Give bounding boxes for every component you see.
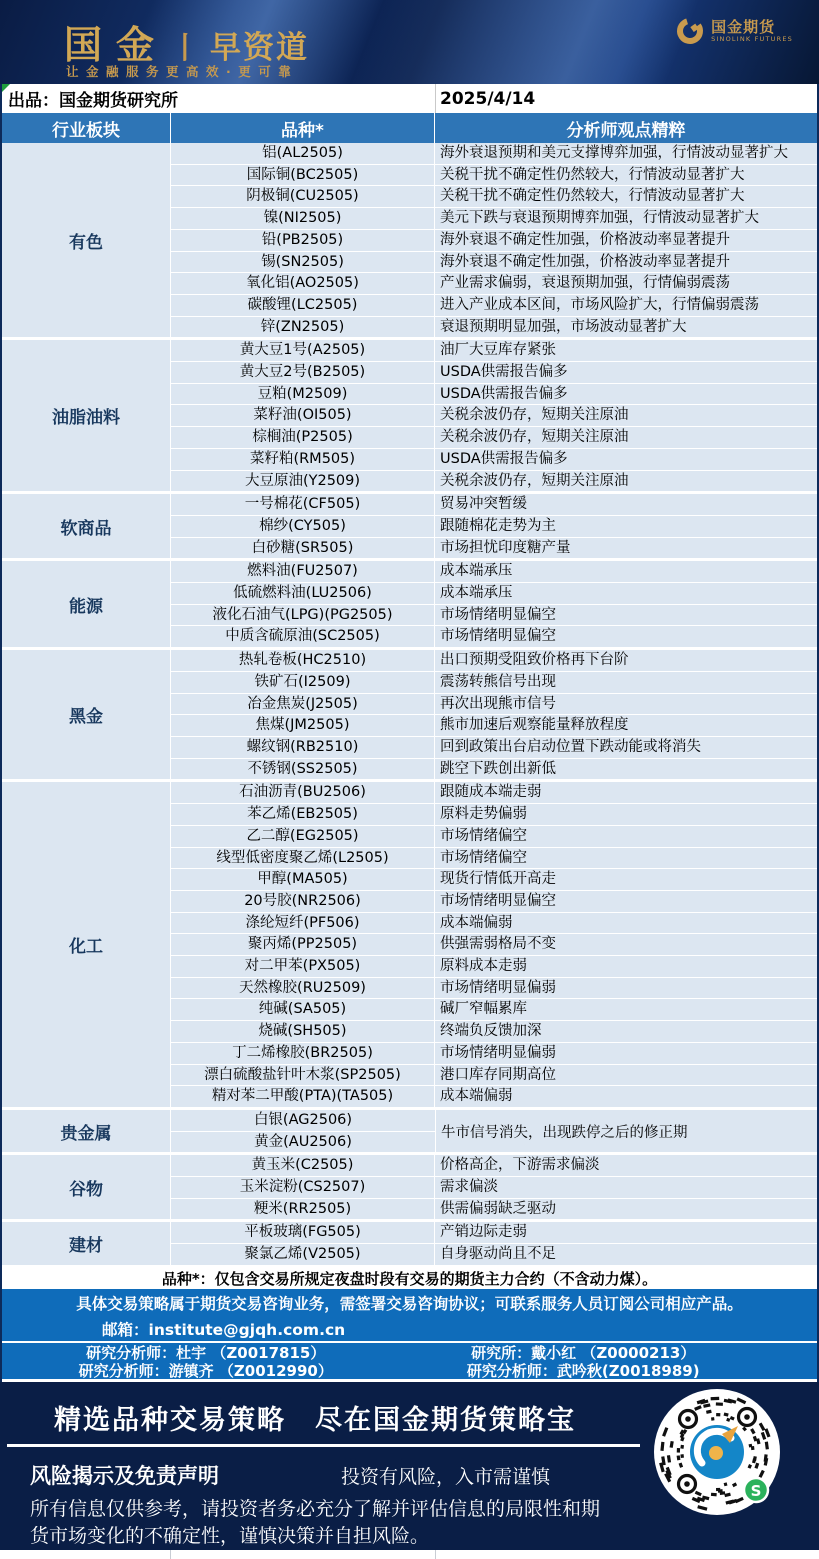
variety-cell: 低硫燃料油(LU2506)	[171, 583, 435, 604]
variety-cell: 聚氯乙烯(V2505)	[171, 1244, 435, 1265]
opinion-cell: 再次出现熊市信号	[435, 694, 817, 715]
table-row: 线型低密度聚乙烯(L2505)市场情绪偏空	[171, 847, 817, 869]
table-row: 粳米(RR2505)供需偏弱缺乏驱动	[171, 1198, 817, 1220]
opinion-cell: 自身驱动尚且不足	[435, 1244, 817, 1265]
opinion-cell: 衰退预期明显加强，市场波动显著扩大	[435, 317, 817, 338]
variety-cell: 锌(ZN2505)	[171, 317, 435, 338]
table-row: 涤纶短纤(PF506)成本端偏弱	[171, 912, 817, 934]
variety-cell: 豆粕(M2509)	[171, 384, 435, 405]
section-label: 油脂油料	[2, 340, 171, 491]
opinion-cell: USDA供需报告偏多	[435, 384, 817, 405]
table-row: 锌(ZN2505)衰退预期明显加强，市场波动显著扩大	[171, 316, 817, 338]
company-name: 国金期货	[711, 19, 793, 36]
opinion-cell: 跟随棉花走势为主	[435, 516, 817, 537]
variety-cell: 纯碱(SA505)	[171, 999, 435, 1020]
opinion-cell: 跟随成本端走弱	[435, 782, 817, 803]
table-row: 低硫燃料油(LU2506)成本端承压	[171, 582, 817, 604]
variety-cell: 20号胶(NR2506)	[171, 891, 435, 912]
table-row: 白银(AG2506)	[171, 1110, 435, 1131]
table-row: 聚丙烯(PP2505)供强需弱格局不变	[171, 933, 817, 955]
opinion-cell: 海外衰退不确定性加强，价格波动率显著提升	[435, 230, 817, 251]
section-化工: 化工石油沥青(BU2506)跟随成本端走弱苯乙烯(EB2505)原料走势偏弱乙二…	[2, 779, 817, 1107]
brand-name: 国金	[64, 14, 168, 69]
variety-cell: 石油沥青(BU2506)	[171, 782, 435, 803]
section-label: 黑金	[2, 650, 171, 779]
section-label: 软商品	[2, 494, 171, 558]
opinion-cell: 价格高企，下游需求偏淡	[435, 1155, 817, 1176]
variety-cell: 漂白硫酸盐针叶木浆(SP2505)	[171, 1065, 435, 1086]
variety-cell: 棉纱(CY505)	[171, 516, 435, 537]
section-label: 能源	[2, 561, 171, 647]
table-row: 棉纱(CY505)跟随棉花走势为主	[171, 515, 817, 537]
variety-cell: 黄大豆1号(A2505)	[171, 340, 435, 361]
table-row: 铝(AL2505)海外衰退预期和美元支撑博弈加强，行情波动显著扩大	[171, 143, 817, 164]
section-贵金属: 贵金属白银(AG2506)黄金(AU2506)牛市信号消失，出现跌停之后的修正期	[2, 1107, 817, 1152]
table-row: 阴极铜(CU2505)关税干扰不确定性仍然较大，行情波动显著扩大	[171, 185, 817, 207]
disclaimer-text-line2: 货市场变化的不确定性，谨慎决策并自担风险。	[30, 1521, 429, 1548]
opinion-cell: 海外衰退预期和美元支撑博弈加强，行情波动显著扩大	[435, 143, 817, 164]
brand-divider: 丨	[170, 23, 200, 67]
variety-cell: 锡(SN2505)	[171, 252, 435, 273]
opinion-cell: 市场情绪偏空	[435, 848, 817, 869]
variety-cell: 平板玻璃(FG505)	[171, 1222, 435, 1243]
promo-underline	[7, 1444, 640, 1447]
variety-cell: 不锈钢(SS2505)	[171, 759, 435, 780]
variety-cell: 棕榈油(P2505)	[171, 427, 435, 448]
opinion-cell: 现货行情低开高走	[435, 869, 817, 890]
variety-cell: 菜籽粕(RM505)	[171, 449, 435, 470]
table-footnote: 品种*：仅包含交易所规定夜盘时段有交易的期货主力合约（不含动力煤）。	[2, 1265, 817, 1289]
table-row: 白砂糖(SR505)市场担忧印度糖产量	[171, 537, 817, 559]
opinion-cell: 关税余波仍存，短期关注原油	[435, 471, 817, 492]
variety-cell: 天然橡胶(RU2509)	[171, 978, 435, 999]
table-row: 菜籽粕(RM505)USDA供需报告偏多	[171, 448, 817, 470]
wechat-icon: S	[744, 1478, 768, 1502]
variety-cell: 乙二醇(EG2505)	[171, 826, 435, 847]
opinion-cell: 油厂大豆库存紧张	[435, 340, 817, 361]
disclaimer-title: 风险揭示及免责声明	[30, 1460, 219, 1490]
opinion-cell: 成本端承压	[435, 583, 817, 604]
variety-cell: 焦煤(JM2505)	[171, 715, 435, 736]
table-row: 锡(SN2505)海外衰退不确定性加强，价格波动率显著提升	[171, 251, 817, 273]
section-label: 建材	[2, 1222, 171, 1264]
report-frame: 出品：国金期货研究所 2025/4/14 行业板块 品种* 分析师观点精粹 有色…	[0, 84, 819, 1382]
table-row: 黄玉米(C2505)价格高企，下游需求偏淡	[171, 1155, 817, 1176]
advisory-notice: 具体交易策略属于期货交易咨询业务，需签署交易咨询协议；可联系服务人员订阅公司相应…	[2, 1289, 817, 1316]
variety-cell: 一号棉花(CF505)	[171, 494, 435, 515]
variety-cell: 螺纹钢(RB2510)	[171, 737, 435, 758]
section-能源: 能源燃料油(FU2507)成本端承压低硫燃料油(LU2506)成本端承压液化石油…	[2, 558, 817, 647]
variety-cell: 铝(AL2505)	[171, 143, 435, 164]
table-row: 液化石油气(LPG)(PG2505)市场情绪明显偏空	[171, 604, 817, 626]
variety-cell: 铁矿石(I2509)	[171, 672, 435, 693]
table-row: 铅(PB2505)海外衰退不确定性加强，价格波动率显著提升	[171, 229, 817, 251]
opinion-cell: 终端负反馈加深	[435, 1021, 817, 1042]
section-软商品: 软商品一号棉花(CF505)贸易冲突暂缓棉纱(CY505)跟随棉花走势为主白砂糖…	[2, 491, 817, 558]
opinion-cell: 市场情绪明显偏空	[435, 626, 817, 647]
opinion-cell: 市场情绪明显偏空	[435, 891, 817, 912]
brand-tagline: 让金融服务更高效·更可靠	[66, 62, 298, 80]
company-logo-icon	[675, 16, 705, 46]
table-row: 丁二烯橡胶(BR2505)市场情绪明显偏弱	[171, 1042, 817, 1064]
variety-cell: 中质含硫原油(SC2505)	[171, 626, 435, 647]
section-建材: 建材平板玻璃(FG505)产销边际走弱聚氯乙烯(V2505)自身驱动尚且不足	[2, 1219, 817, 1264]
variety-cell: 菜籽油(OI505)	[171, 405, 435, 426]
variety-cell: 苯乙烯(EB2505)	[171, 804, 435, 825]
variety-cell: 镍(NI2505)	[171, 208, 435, 229]
opinion-cell: 产销边际走弱	[435, 1222, 817, 1243]
qr-code: S	[652, 1387, 782, 1517]
opinion-cell: 市场情绪偏空	[435, 826, 817, 847]
opinion-cell: 港口库存同期高位	[435, 1065, 817, 1086]
variety-cell: 大豆原油(Y2509)	[171, 471, 435, 492]
table-row: 对二甲苯(PX505)原料成本走弱	[171, 955, 817, 977]
opinion-cell: 市场担忧印度糖产量	[435, 538, 817, 559]
section-label: 贵金属	[2, 1110, 171, 1152]
variety-cell: 碳酸锂(LC2505)	[171, 295, 435, 316]
section-label: 谷物	[2, 1155, 171, 1219]
table-row: 螺纹钢(RB2510)回到政策出台启动位置下跌动能或将消失	[171, 736, 817, 758]
variety-cell: 白银(AG2506)	[171, 1110, 435, 1131]
page: 国金 丨 早资道 让金融服务更高效·更可靠 国金期货 SINOLINK FUTU…	[0, 0, 819, 1559]
variety-cell: 丁二烯橡胶(BR2505)	[171, 1043, 435, 1064]
analysts-block: 研究分析师：杜宇 （Z0017815） 研究所：戴小红 （Z0000213） 研…	[2, 1343, 817, 1379]
table-row: 燃料油(FU2507)成本端承压	[171, 561, 817, 582]
variety-cell: 聚丙烯(PP2505)	[171, 934, 435, 955]
opinion-cell: 出口预期受阻致价格再下台阶	[435, 650, 817, 671]
disclaimer-text-line1: 所有信息仅供参考，请投资者务必充分了解并评估信息的局限性和期	[30, 1494, 600, 1521]
email-line: 邮箱：institute@gjqh.com.cn	[2, 1316, 817, 1341]
opinion-cell: 关税干扰不确定性仍然较大，行情波动显著扩大	[435, 165, 817, 186]
opinion-cell: 碱厂窄幅累库	[435, 999, 817, 1020]
opinion-cell: 震荡转熊信号出现	[435, 672, 817, 693]
variety-cell: 铅(PB2505)	[171, 230, 435, 251]
header-variety: 品种*	[171, 113, 435, 143]
variety-cell: 热轧卷板(HC2510)	[171, 650, 435, 671]
table-row: 镍(NI2505)美元下跌与衰退预期博弈加强，行情波动显著扩大	[171, 207, 817, 229]
opinion-cell: 跳空下跌创出新低	[435, 759, 817, 780]
variety-cell: 液化石油气(LPG)(PG2505)	[171, 605, 435, 626]
contact-block: 具体交易策略属于期货交易咨询业务，需签署交易咨询协议；可联系服务人员订阅公司相应…	[2, 1289, 817, 1341]
svg-text:S: S	[751, 1482, 762, 1500]
grid-line	[170, 1550, 171, 1559]
table-row: 漂白硫酸盐针叶木浆(SP2505)港口库存同期高位	[171, 1064, 817, 1086]
sheet-grid-strip	[0, 1550, 819, 1559]
opinion-cell: 关税余波仍存，短期关注原油	[435, 427, 817, 448]
cell-corner-marker	[2, 84, 10, 92]
header-opinion: 分析师观点精粹	[435, 113, 817, 143]
company-logo: 国金期货 SINOLINK FUTURES	[675, 16, 793, 46]
variety-cell: 黄玉米(C2505)	[171, 1155, 435, 1176]
variety-cell: 粳米(RR2505)	[171, 1199, 435, 1220]
section-油脂油料: 油脂油料黄大豆1号(A2505)油厂大豆库存紧张黄大豆2号(B2505)USDA…	[2, 337, 817, 491]
header-sector: 行业板块	[2, 113, 171, 143]
variety-cell: 对二甲苯(PX505)	[171, 956, 435, 977]
variety-cell: 国际铜(BC2505)	[171, 165, 435, 186]
variety-cell: 甲醇(MA505)	[171, 869, 435, 890]
opinion-cell: 原料走势偏弱	[435, 804, 817, 825]
table-row: 氧化铝(AO2505)产业需求偏弱，衰退预期加强，行情偏弱震荡	[171, 272, 817, 294]
variety-cell: 氧化铝(AO2505)	[171, 273, 435, 294]
opinion-cell: 进入产业成本区间，市场风险扩大，行情偏弱震荡	[435, 295, 817, 316]
variety-cell: 白砂糖(SR505)	[171, 538, 435, 559]
table-row: 不锈钢(SS2505)跳空下跌创出新低	[171, 758, 817, 780]
opinion-cell: 市场情绪明显偏空	[435, 605, 817, 626]
variety-cell: 阴极铜(CU2505)	[171, 186, 435, 207]
publisher-divider	[435, 84, 436, 113]
variety-cell: 玉米淀粉(CS2507)	[171, 1177, 435, 1198]
opinion-cell: 熊市加速后观察能量释放程度	[435, 715, 817, 736]
opinion-cell: 需求偏淡	[435, 1177, 817, 1198]
variety-cell: 涤纶短纤(PF506)	[171, 913, 435, 934]
table-row: 石油沥青(BU2506)跟随成本端走弱	[171, 782, 817, 803]
variety-cell: 冶金焦炭(J2505)	[171, 694, 435, 715]
table-row: 苯乙烯(EB2505)原料走势偏弱	[171, 803, 817, 825]
table-row: 豆粕(M2509)USDA供需报告偏多	[171, 383, 817, 405]
promo-footer: 精选品种交易策略 尽在国金期货策略宝 风险揭示及免责声明 投资有风险，入市需谨慎…	[0, 1382, 819, 1550]
risk-warning: 投资有风险，入市需谨慎	[341, 1462, 550, 1489]
opinion-cell: 原料成本走弱	[435, 956, 817, 977]
table-row: 棕榈油(P2505)关税余波仍存，短期关注原油	[171, 426, 817, 448]
opinion-cell: 海外衰退不确定性加强，价格波动率显著提升	[435, 252, 817, 273]
analyst-3: 研究分析师：游镇齐 （Z0012990）	[2, 1360, 410, 1381]
opinion-cell: 牛市信号消失，出现跌停之后的修正期	[436, 1110, 817, 1152]
table-row: 中质含硫原油(SC2505)市场情绪明显偏空	[171, 625, 817, 647]
table-row: 黄大豆1号(A2505)油厂大豆库存紧张	[171, 340, 817, 361]
table-row: 一号棉花(CF505)贸易冲突暂缓	[171, 494, 817, 515]
table-row: 焦煤(JM2505)熊市加速后观察能量释放程度	[171, 714, 817, 736]
opinion-cell: 成本端承压	[435, 561, 817, 582]
variety-cell: 线型低密度聚乙烯(L2505)	[171, 848, 435, 869]
publisher-bar: 出品：国金期货研究所 2025/4/14	[2, 84, 817, 113]
section-label: 有色	[2, 143, 171, 337]
opinion-cell: 关税余波仍存，短期关注原油	[435, 405, 817, 426]
opinion-cell: 市场情绪明显偏弱	[435, 1043, 817, 1064]
opinion-cell: 关税干扰不确定性仍然较大，行情波动显著扩大	[435, 186, 817, 207]
product-name: 早资道	[210, 22, 309, 67]
table-row: 黄金(AU2506)	[171, 1131, 435, 1153]
report-date: 2025/4/14	[440, 89, 535, 109]
variety-cell: 黄大豆2号(B2505)	[171, 362, 435, 383]
opinion-cell: USDA供需报告偏多	[435, 362, 817, 383]
opinion-cell: 回到政策出台启动位置下跌动能或将消失	[435, 737, 817, 758]
opinion-cell: 成本端偏弱	[435, 1086, 817, 1107]
table-row: 大豆原油(Y2509)关税余波仍存，短期关注原油	[171, 470, 817, 492]
variety-cell: 燃料油(FU2507)	[171, 561, 435, 582]
table-row: 国际铜(BC2505)关税干扰不确定性仍然较大，行情波动显著扩大	[171, 164, 817, 186]
table-row: 冶金焦炭(J2505)再次出现熊市信号	[171, 693, 817, 715]
table-row: 乙二醇(EG2505)市场情绪偏空	[171, 825, 817, 847]
table-body: 有色铝(AL2505)海外衰退预期和美元支撑博弈加强，行情波动显著扩大国际铜(B…	[2, 143, 817, 1265]
table-row: 热轧卷板(HC2510)出口预期受阻致价格再下台阶	[171, 650, 817, 671]
table-row: 铁矿石(I2509)震荡转熊信号出现	[171, 671, 817, 693]
table-row: 平板玻璃(FG505)产销边际走弱	[171, 1222, 817, 1243]
table-row: 纯碱(SA505)碱厂窄幅累库	[171, 998, 817, 1020]
table-row: 黄大豆2号(B2505)USDA供需报告偏多	[171, 361, 817, 383]
brand-lockup: 国金 丨 早资道	[64, 14, 309, 69]
publisher-label: 出品：国金期货研究所	[2, 86, 178, 111]
opinion-cell: 市场情绪明显偏弱	[435, 978, 817, 999]
table-row: 碳酸锂(LC2505)进入产业成本区间，市场风险扩大，行情偏弱震荡	[171, 294, 817, 316]
section-label: 化工	[2, 782, 171, 1107]
opinion-cell: USDA供需报告偏多	[435, 449, 817, 470]
table-row: 菜籽油(OI505)关税余波仍存，短期关注原油	[171, 404, 817, 426]
opinion-cell: 成本端偏弱	[435, 913, 817, 934]
variety-cell: 烧碱(SH505)	[171, 1021, 435, 1042]
company-name-en: SINOLINK FUTURES	[711, 36, 793, 43]
opinion-cell: 供需偏弱缺乏驱动	[435, 1199, 817, 1220]
section-黑金: 黑金热轧卷板(HC2510)出口预期受阻致价格再下台阶铁矿石(I2509)震荡转…	[2, 647, 817, 779]
table-row: 20号胶(NR2506)市场情绪明显偏空	[171, 890, 817, 912]
variety-cell: 黄金(AU2506)	[171, 1132, 435, 1153]
table-header-row: 行业板块 品种* 分析师观点精粹	[2, 113, 817, 143]
opinion-cell: 美元下跌与衰退预期博弈加强，行情波动显著扩大	[435, 208, 817, 229]
analyst-4: 研究分析师：武吟秋(Z0018989)	[410, 1360, 818, 1381]
section-有色: 有色铝(AL2505)海外衰退预期和美元支撑博弈加强，行情波动显著扩大国际铜(B…	[2, 143, 817, 337]
table-row: 甲醇(MA505)现货行情低开高走	[171, 868, 817, 890]
table-row: 烧碱(SH505)终端负反馈加深	[171, 1020, 817, 1042]
section-谷物: 谷物黄玉米(C2505)价格高企，下游需求偏淡玉米淀粉(CS2507)需求偏淡粳…	[2, 1152, 817, 1219]
table-row: 玉米淀粉(CS2507)需求偏淡	[171, 1176, 817, 1198]
opinion-cell: 产业需求偏弱，衰退预期加强，行情偏弱震荡	[435, 273, 817, 294]
grid-line	[435, 1550, 436, 1559]
variety-cell: 精对苯二甲酸(PTA)(TA505)	[171, 1086, 435, 1107]
table-row: 聚氯乙烯(V2505)自身驱动尚且不足	[171, 1243, 817, 1265]
qr-center-logo	[690, 1425, 744, 1479]
opinion-cell: 贸易冲突暂缓	[435, 494, 817, 515]
table-row: 精对苯二甲酸(PTA)(TA505)成本端偏弱	[171, 1085, 817, 1107]
table-row: 天然橡胶(RU2509)市场情绪明显偏弱	[171, 977, 817, 999]
opinion-cell: 供强需弱格局不变	[435, 934, 817, 955]
top-banner: 国金 丨 早资道 让金融服务更高效·更可靠 国金期货 SINOLINK FUTU…	[0, 0, 819, 84]
